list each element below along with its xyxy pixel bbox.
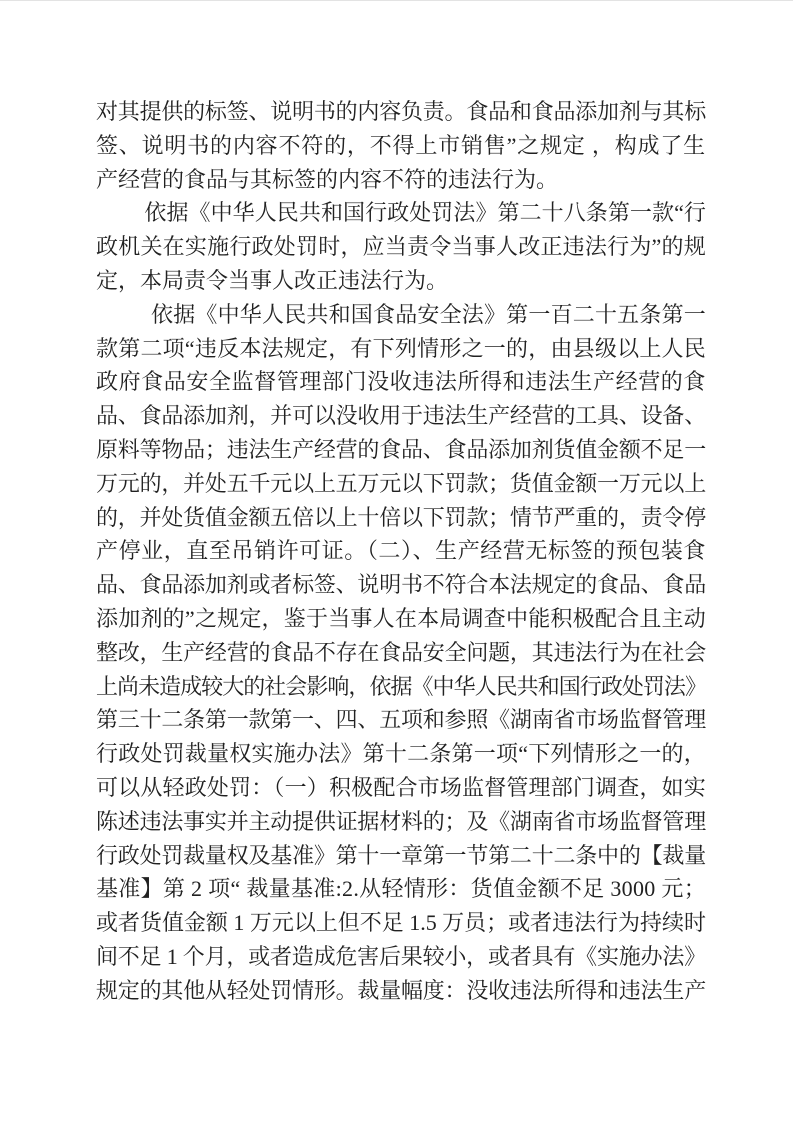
text-line: 或者货值金额 1 万元以上但不足 1.5 万员；或者违法行为持续时	[96, 906, 706, 940]
text-line: 对其提供的标签、说明书的内容负责。食品和食品添加剂与其标	[96, 95, 706, 129]
paragraph: 依据《中华人民共和国行政处罚法》第二十八条第一款“行政机关在实施行政处罚时，应当…	[96, 196, 706, 297]
text-line: 基准】第 2 项“ 裁量基准:2.从轻情形：货值金额不足 3000 元；	[96, 872, 706, 906]
document-body: 对其提供的标签、说明书的内容负责。食品和食品添加剂与其标签、说明书的内容不符的，…	[96, 95, 706, 1008]
text-line: 间不足 1 个月，或者造成危害后果较小，或者具有《实施办法》	[96, 940, 706, 974]
text-line: 上尚未造成较大的社会影响，依据《中华人民共和国行政处罚法》	[96, 670, 706, 704]
text-line: 依据《中华人民共和国行政处罚法》第二十八条第一款“行	[96, 196, 706, 230]
text-line: 第三十二条第一款第一、四、五项和参照《湖南省市场监督管理	[96, 703, 706, 737]
document-page: 对其提供的标签、说明书的内容负责。食品和食品添加剂与其标签、说明书的内容不符的，…	[0, 0, 793, 1122]
text-line: 可以从轻政处罚：（一）积极配合市场监督管理部门调查，如实	[96, 771, 706, 805]
text-line: 陈述违法事实并主动提供证据材料的；及《湖南省市场监督管理	[96, 805, 706, 839]
text-line: 品、食品添加剂，并可以没收用于违法生产经营的工具、设备、	[96, 399, 706, 433]
text-line: 依据《中华人民共和国食品安全法》第一百二十五条第一	[96, 298, 706, 332]
paragraph: 对其提供的标签、说明书的内容负责。食品和食品添加剂与其标签、说明书的内容不符的，…	[96, 95, 706, 196]
text-line: 添加剂的”之规定，鉴于当事人在本局调查中能积极配合且主动	[96, 602, 706, 636]
text-line: 规定的其他从轻处罚情形。裁量幅度：没收违法所得和违法生产	[96, 974, 706, 1008]
text-line: 政府食品安全监督管理部门没收违法所得和违法生产经营的食	[96, 365, 706, 399]
text-line: 产经营的食品与其标签的内容不符的违法行为。	[96, 163, 706, 197]
paragraph: 依据《中华人民共和国食品安全法》第一百二十五条第一款第二项“违反本法规定，有下列…	[96, 298, 706, 1008]
text-line: 行政处罚裁量权实施办法》第十二条第一项“下列情形之一的，	[96, 737, 706, 771]
text-line: 整改，生产经营的食品不存在食品安全问题，其违法行为在社会	[96, 636, 706, 670]
text-line: 签、说明书的内容不符的，不得上市销售”之规定 ，构成了生	[96, 129, 706, 163]
text-line: 行政处罚裁量权及基准》第十一章第一节第二十二条中的【裁量	[96, 839, 706, 873]
text-line: 的，并处货值金额五倍以上十倍以下罚款；情节严重的，责令停	[96, 501, 706, 535]
text-line: 政机关在实施行政处罚时，应当责令当事人改正违法行为”的规	[96, 230, 706, 264]
text-line: 万元的，并处五千元以上五万元以下罚款；货值金额一万元以上	[96, 467, 706, 501]
text-line: 原料等物品；违法生产经营的食品、食品添加剂货值金额不足一	[96, 433, 706, 467]
text-line: 款第二项“违反本法规定，有下列情形之一的，由县级以上人民	[96, 332, 706, 366]
text-line: 品、食品添加剂或者标签、说明书不符合本法规定的食品、食品	[96, 568, 706, 602]
text-line: 定，本局责令当事人改正违法行为。	[96, 264, 706, 298]
text-line: 产停业，直至吊销许可证。（二）、生产经营无标签的预包装食	[96, 534, 706, 568]
